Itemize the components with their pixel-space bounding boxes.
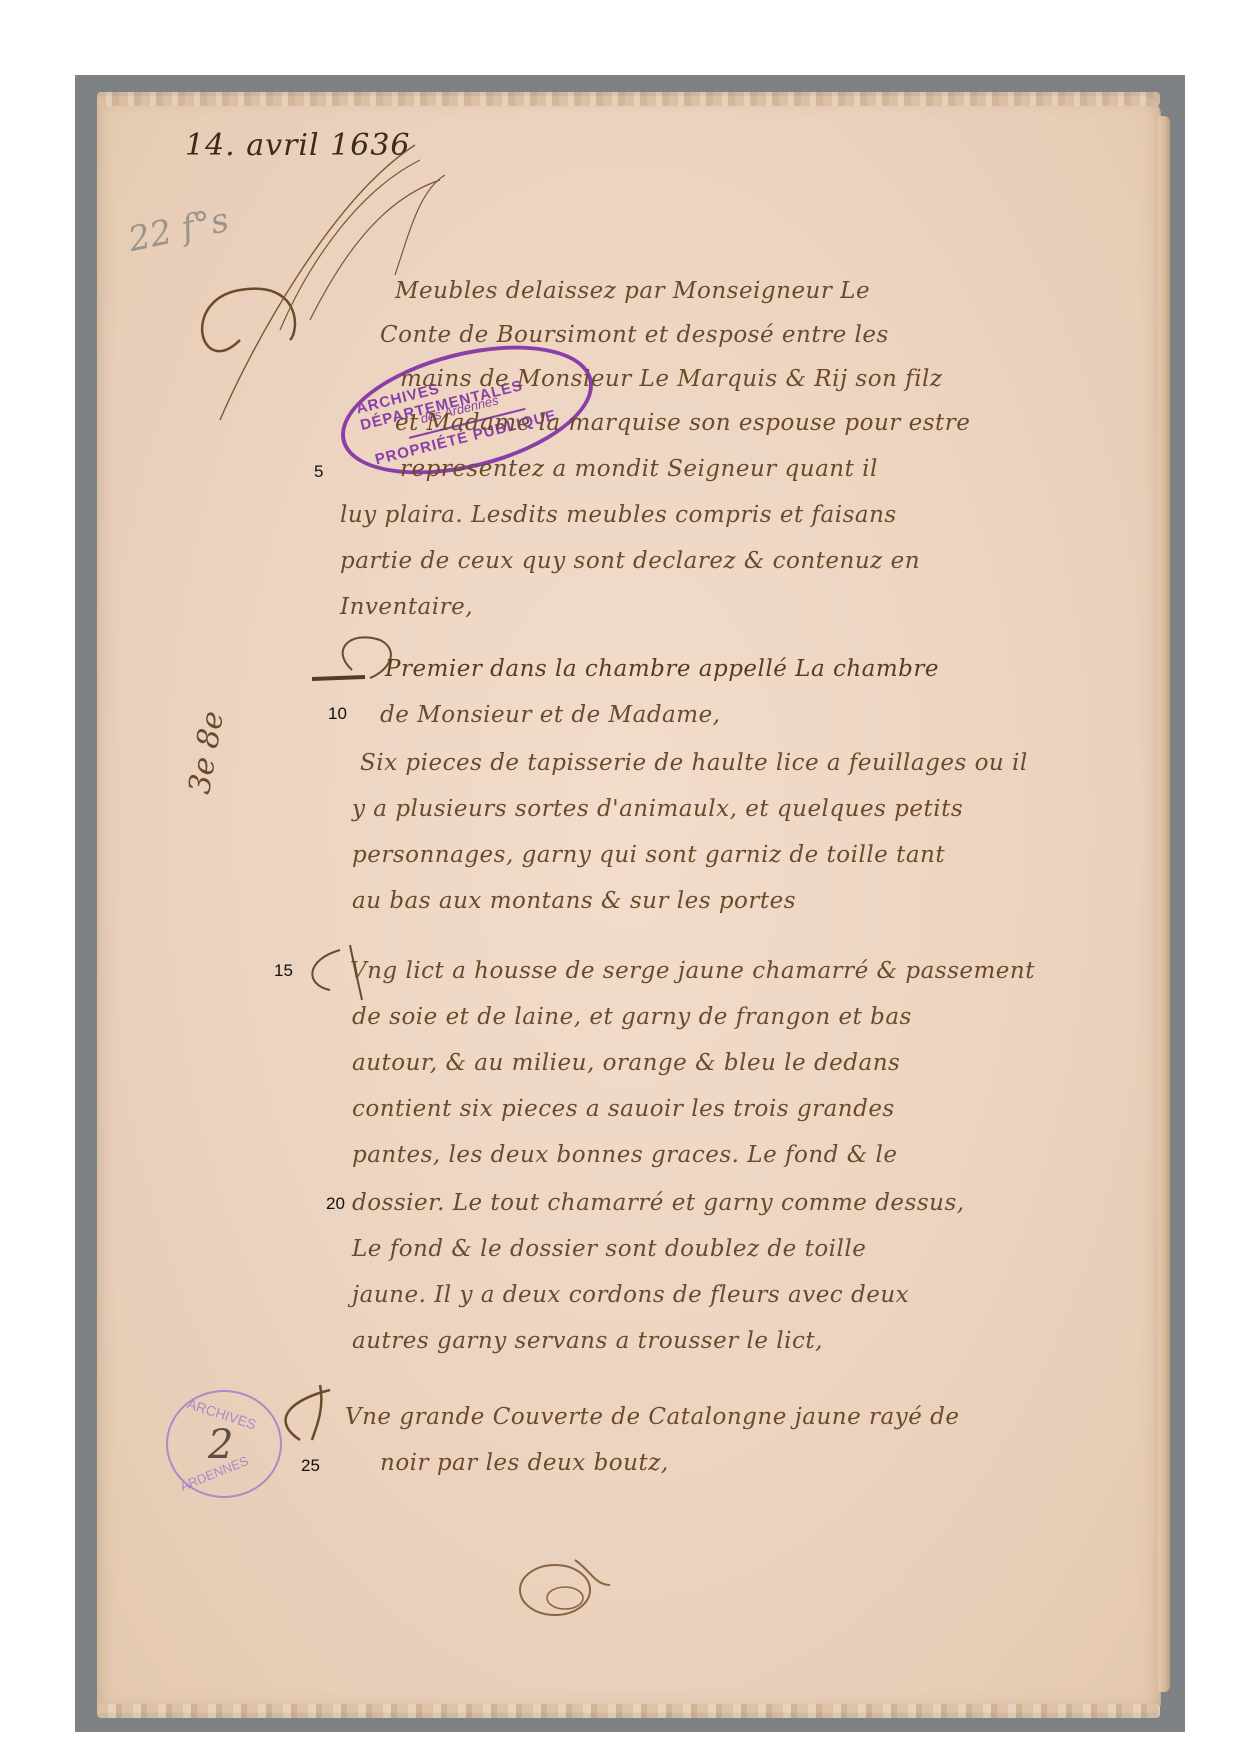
manuscript-line: Inventaire,: [340, 594, 473, 620]
manuscript-line: autour, & au milieu, orange & bleu le de…: [352, 1050, 900, 1076]
manuscript-line: y a plusieurs sortes d'animaulx, et quel…: [352, 796, 963, 822]
line-number-20: 20: [326, 1194, 345, 1214]
manuscript-line: dossier. Le tout chamarré et garny comme…: [352, 1190, 965, 1216]
manuscript-line: Conte de Boursimont et desposé entre les: [380, 322, 889, 348]
manuscript-line: partie de ceux quy sont declarez & conte…: [340, 548, 920, 574]
manuscript-line: Le fond & le dossier sont doublez de toi…: [352, 1236, 866, 1262]
manuscript-line: pantes, les deux bonnes graces. Le fond …: [352, 1142, 897, 1168]
archives-circle-stamp: ARCHIVES 2 ARDENNES: [166, 1390, 282, 1498]
manuscript-line: mains de Monsieur Le Marquis & Rij son f…: [400, 366, 943, 392]
manuscript-line: personnages, garny qui sont garniz de to…: [352, 842, 945, 868]
manuscript-line: contient six pieces a sauoir les trois g…: [352, 1096, 895, 1122]
manuscript-line: de Monsieur et de Madame,: [380, 702, 721, 728]
manuscript-line: luy plaira. Lesdits meubles compris et f…: [340, 502, 897, 528]
manuscript-line: Vng lict a housse de serge jaune chamarr…: [350, 958, 1035, 984]
manuscript-line: noir par les deux boutz,: [380, 1450, 669, 1476]
line-number-5: 5: [314, 462, 323, 482]
manuscript-line: autres garny servans a trousser le lict,: [352, 1328, 823, 1354]
manuscript-line: Vne grande Couverte de Catalongne jaune …: [345, 1404, 960, 1430]
manuscript-line: Premier dans la chambre appellé La chamb…: [385, 656, 939, 682]
manuscript-line: Six pieces de tapisserie de haulte lice …: [360, 750, 1028, 776]
manuscript-line: au bas aux montans & sur les portes: [352, 888, 796, 914]
manuscript-line: et Madame la marquise son espouse pour e…: [395, 410, 970, 436]
manuscript-line: de soie et de laine, et garny de frangon…: [352, 1004, 912, 1030]
manuscript-line: Meubles delaissez par Monseigneur Le: [395, 278, 870, 304]
manuscript-line: jaune. Il y a deux cordons de fleurs ave…: [352, 1282, 909, 1308]
manuscript-line: representez a mondit Seigneur quant il: [400, 456, 878, 482]
line-number-25: 25: [301, 1456, 320, 1476]
line-number-15: 15: [274, 961, 293, 981]
line-number-10: 10: [328, 704, 347, 724]
